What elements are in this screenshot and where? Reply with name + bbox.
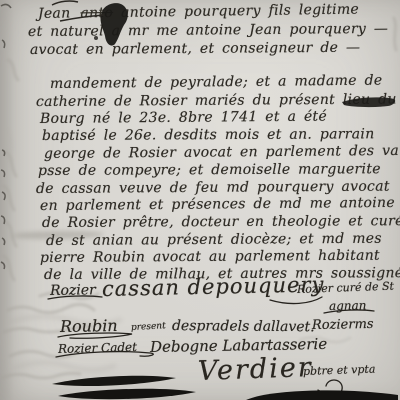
bottom-edge-flourish (246, 390, 398, 400)
flourish-stroke-1 (52, 376, 176, 386)
flourish-stroke-2 (58, 389, 196, 399)
ink-blot (100, 3, 127, 45)
manuscript-page: Jeanantoantoine pourquery fils legitime … (0, 0, 400, 400)
top-edge-flourish (52, 1, 78, 5)
strikethrough-stroke (60, 15, 104, 21)
left-edge-fragments (1, 4, 11, 269)
heavy-ink-dash (342, 97, 395, 107)
ink-blot-droplet (94, 36, 98, 40)
ink-marks-layer (0, 0, 400, 400)
